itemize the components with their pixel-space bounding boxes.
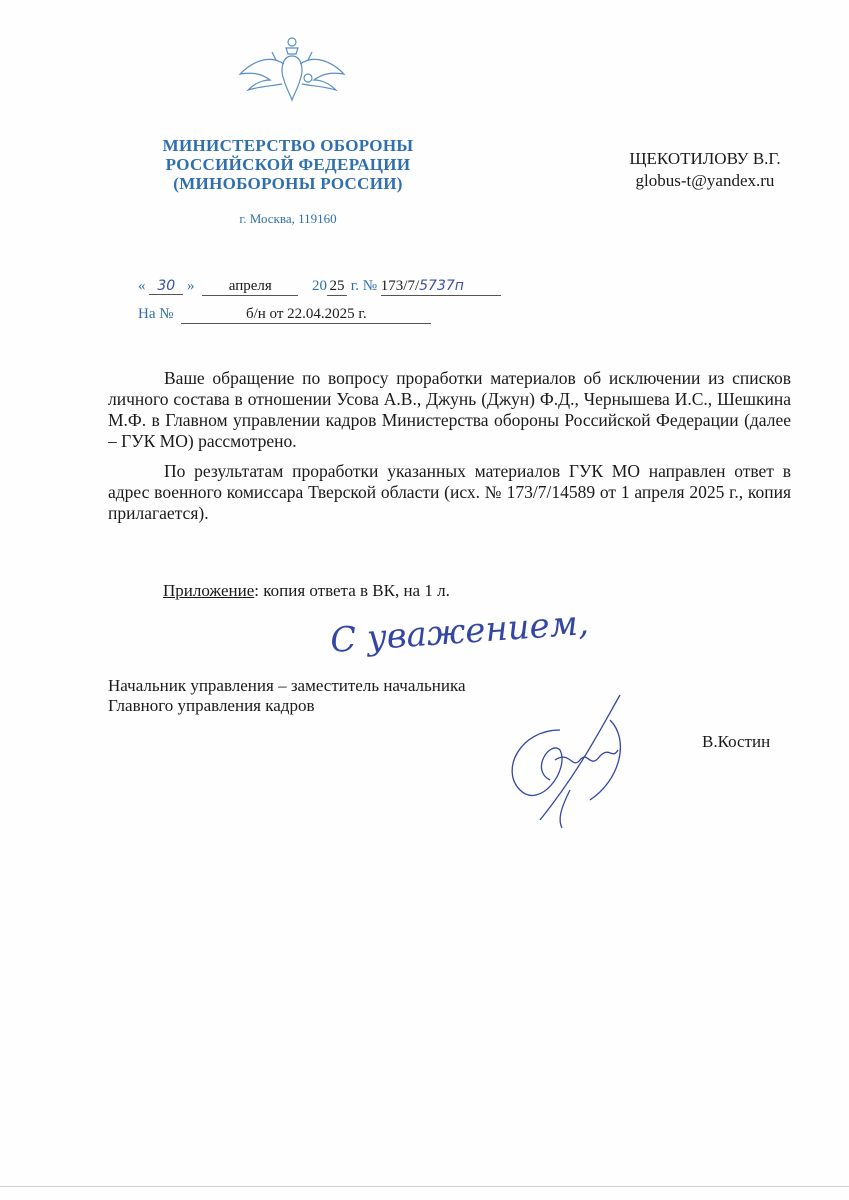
- city-address: г. Москва, 119160: [138, 211, 438, 227]
- attachment-label: Приложение: [163, 581, 254, 600]
- position-line: Главного управления кадров: [108, 696, 466, 716]
- reg-number: 173/7/5737п: [381, 278, 501, 296]
- reg-day: 30: [149, 278, 183, 295]
- position-line: Начальник управления – заместитель начал…: [108, 676, 466, 696]
- letter-body: Ваше обращение по вопросу проработки мат…: [108, 368, 791, 533]
- attachment-text: : копия ответа в ВК, на 1 л.: [254, 581, 450, 600]
- reg-month: апреля: [202, 278, 298, 296]
- ministry-line: МИНИСТЕРСТВО ОБОРОНЫ: [138, 136, 438, 155]
- signer-position: Начальник управления – заместитель начал…: [108, 676, 466, 716]
- letter-page: МИНИСТЕРСТВО ОБОРОНЫ РОССИЙСКОЙ ФЕДЕРАЦИ…: [0, 0, 849, 1200]
- body-paragraph: По результатам проработки указанных мате…: [108, 461, 791, 524]
- reg-year-label: г. №: [351, 278, 377, 294]
- page-edge-divider: [0, 1186, 849, 1187]
- ref-value: б/н от 22.04.2025 г.: [181, 306, 431, 324]
- body-paragraph: Ваше обращение по вопросу проработки мат…: [108, 368, 791, 452]
- reg-number-printed: 173/7/: [381, 278, 419, 294]
- reg-year-prefix: 20: [312, 278, 327, 294]
- attachment-note: Приложение: копия ответа в ВК, на 1 л.: [163, 581, 450, 601]
- reg-year-suffix: 25: [327, 278, 347, 296]
- quote-open: «: [138, 278, 146, 294]
- recipient-email: globus-t@yandex.ru: [600, 170, 810, 192]
- ministry-name: МИНИСТЕРСТВО ОБОРОНЫ РОССИЙСКОЙ ФЕДЕРАЦИ…: [138, 136, 438, 193]
- quote-close: »: [187, 278, 195, 294]
- recipient-name: ЩЕКОТИЛОВУ В.Г.: [600, 148, 810, 170]
- reference-line: На № б/н от 22.04.2025 г.: [138, 306, 431, 324]
- ministry-line: (МИНОБОРОНЫ РОССИИ): [138, 174, 438, 193]
- reg-number-handwritten: 5737п: [419, 278, 464, 294]
- eagle-emblem-icon: [236, 34, 348, 104]
- recipient-block: ЩЕКОТИЛОВУ В.Г. globus-t@yandex.ru: [600, 148, 810, 192]
- registration-date-line: « 30 » апреля 2025 г. № 173/7/5737п: [138, 278, 501, 296]
- handwritten-closing: С уважением,: [329, 603, 590, 661]
- signature-icon: [500, 690, 640, 830]
- ministry-line: РОССИЙСКОЙ ФЕДЕРАЦИИ: [138, 155, 438, 174]
- signer-name: В.Костин: [702, 732, 770, 752]
- ref-label: На №: [138, 306, 174, 322]
